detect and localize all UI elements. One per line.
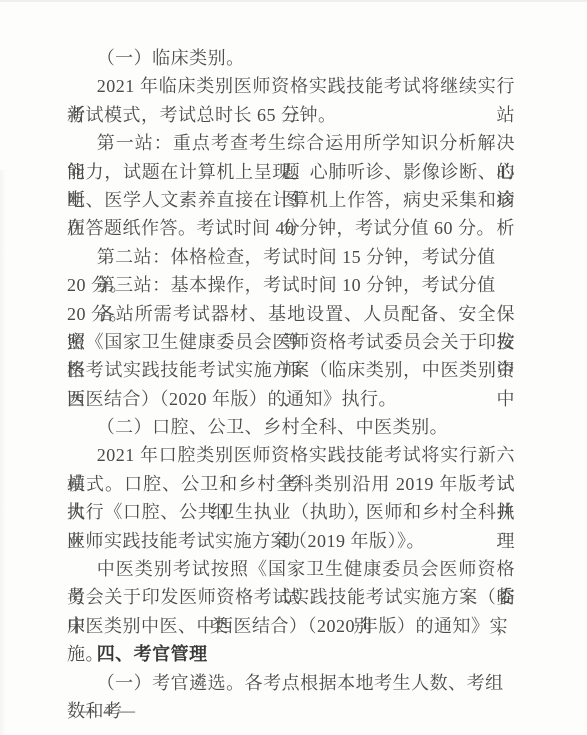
text-line: （一）考官遴选。各考点根据本地考生人数、考组数和考 xyxy=(67,669,515,697)
text-line: 2021 年临床类别医师资格实践技能考试将继续实行新三站 xyxy=(67,72,515,100)
text-line: 第三站：基本操作，考试时间 10 分钟，考试分值 20 分。 xyxy=(67,271,515,299)
text-line: 中医类别考试按照《国家卫生健康委员会医师资格考试委 xyxy=(67,555,515,583)
text-line: 格考试实践技能考试实施方案（临床类别，中医类别中医、中 xyxy=(67,356,515,384)
scan-shade-left xyxy=(0,170,6,735)
text-line: 四、考官管理 xyxy=(67,640,515,668)
page-number: — 4 — xyxy=(80,697,136,725)
text-line: 能力，试题在计算机上呈现。心肺听诊、影像诊断、心电图诊 xyxy=(67,158,515,186)
text-line: 中医类别中医、中西医结合）（2020 年版）的通知》实施。 xyxy=(67,612,515,640)
text-line: 第二站：体格检查，考试时间 15 分钟，考试分值 20 分。 xyxy=(67,243,515,271)
paragraph: （一）考官遴选。各考点根据本地考生人数、考组数和考 xyxy=(67,669,515,697)
text-line: 在答题纸作答。考试时间 40 分钟，考试分值 60 分。 xyxy=(67,214,515,242)
paragraph: 2021 年口腔类别医师资格实践技能考试将实行新六站考试模式。口腔、公卫和乡村全… xyxy=(67,441,515,555)
paragraph: 第三站：基本操作，考试时间 10 分钟，考试分值 20 分。 xyxy=(67,271,515,299)
text-line: （二）口腔、公卫、乡村全科、中医类别。 xyxy=(67,413,515,441)
paragraph: 中医类别考试按照《国家卫生健康委员会医师资格考试委员会关于印发医师资格考试实践技… xyxy=(67,555,515,640)
section-heading: 四、考官管理 xyxy=(67,640,515,668)
scan-edge-top xyxy=(0,0,587,2)
paragraph: （一）临床类别。 xyxy=(67,44,515,72)
paragraph: 2021 年临床类别医师资格实践技能考试将继续实行新三站考试模式，考试总时长 6… xyxy=(67,72,515,129)
document-page: （一）临床类别。2021 年临床类别医师资格实践技能考试将继续实行新三站考试模式… xyxy=(0,0,587,735)
text-line: 各站所需考试器材、基地设置、人员配备、安全保密等按 xyxy=(67,300,515,328)
paragraph: 第二站：体格检查，考试时间 15 分钟，考试分值 20 分。 xyxy=(67,243,515,271)
text-line: （一）临床类别。 xyxy=(67,44,515,72)
text-line: 员会关于印发医师资格考试实践技能考试实施方案（临床类别， xyxy=(67,583,515,611)
paragraph: （二）口腔、公卫、乡村全科、中医类别。 xyxy=(67,413,515,441)
text-line: 模式。口腔、公卫和乡村全科类别沿用 2019 年版考试大纲，并 xyxy=(67,470,515,498)
text-line: 照《国家卫生健康委员会医师资格考试委员会关于印发医师资 xyxy=(67,328,515,356)
text-line: 2021 年口腔类别医师资格实践技能考试将实行新六站考试 xyxy=(67,441,515,469)
text-line: 第一站：重点考查考生综合运用所学知识分析解决问题的 xyxy=(67,129,515,157)
paragraph: 第一站：重点考查考生综合运用所学知识分析解决问题的能力，试题在计算机上呈现。心肺… xyxy=(67,129,515,243)
document-content: （一）临床类别。2021 年临床类别医师资格实践技能考试将继续实行新三站考试模式… xyxy=(67,44,515,697)
text-line: 执行《口腔、公共卫生执业（执助）医师和乡村全科执业助理 xyxy=(67,498,515,526)
paragraph: 各站所需考试器材、基地设置、人员配备、安全保密等按照《国家卫生健康委员会医师资格… xyxy=(67,300,515,414)
text-line: 断、医学人文素养直接在计算机上作答，病史采集和病历分析 xyxy=(67,186,515,214)
